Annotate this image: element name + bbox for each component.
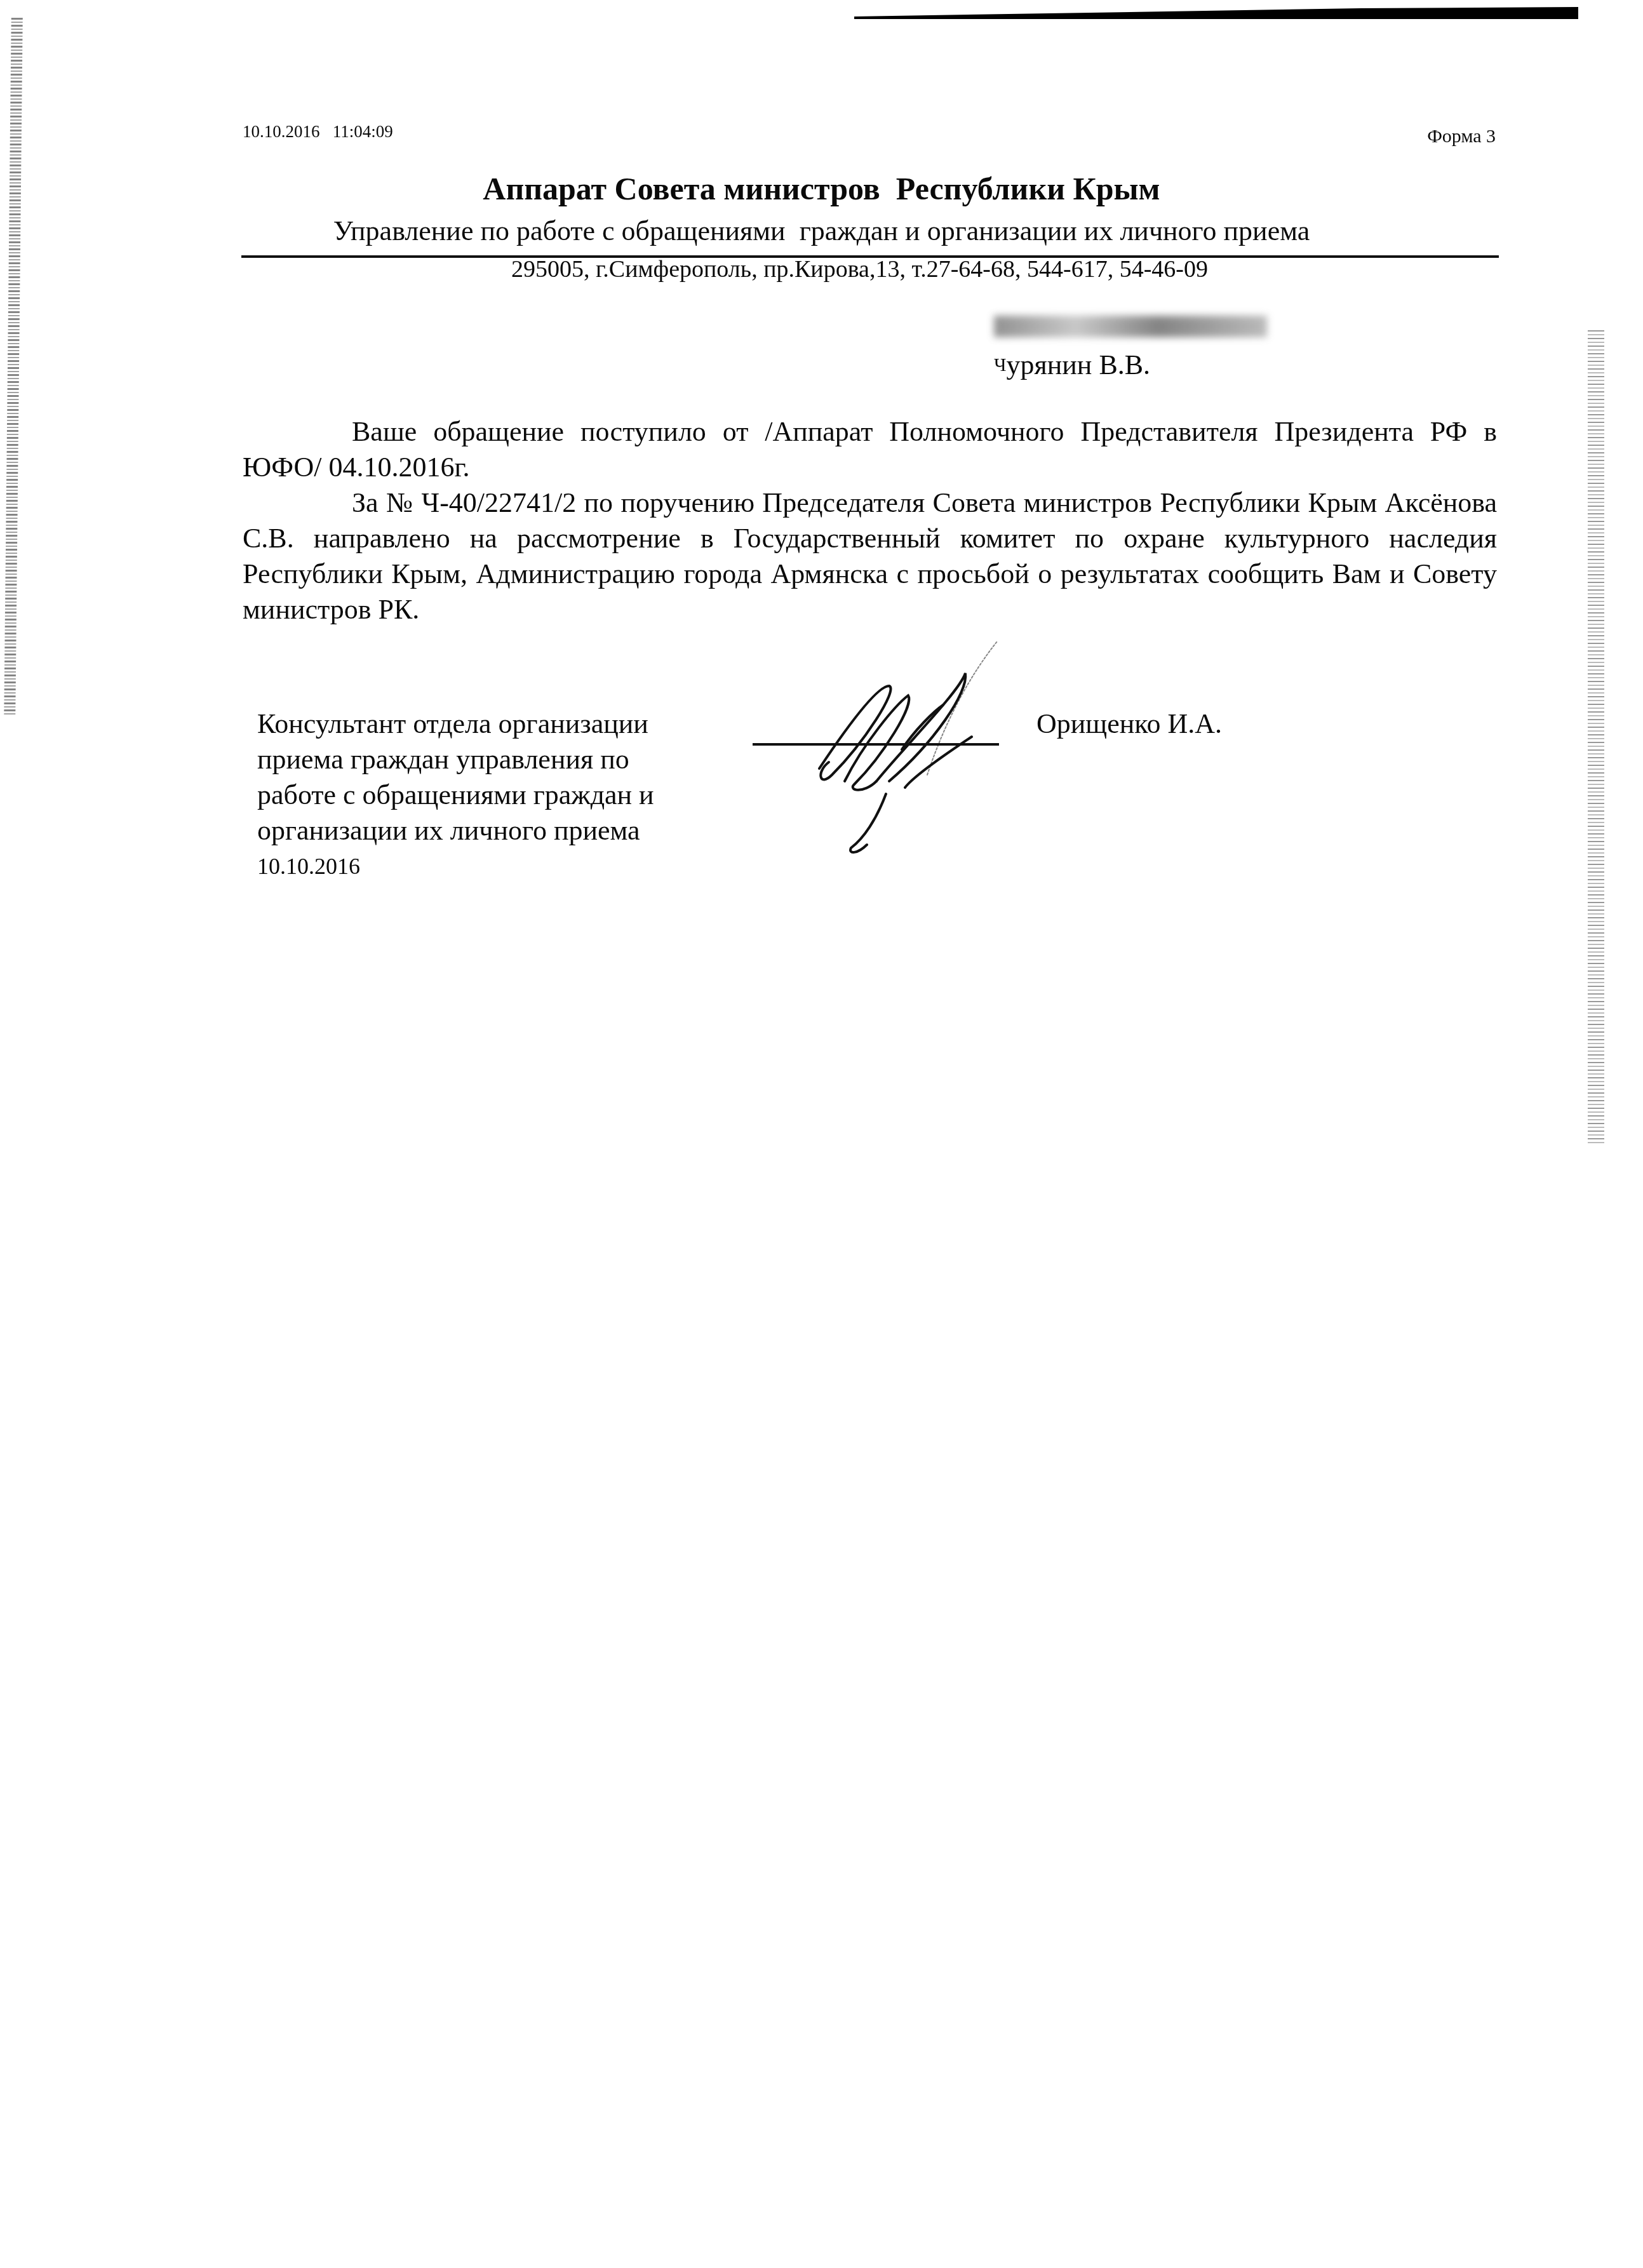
addressee-redacted-line — [994, 310, 1267, 347]
position-line: Консультант отдела организации — [257, 706, 714, 742]
addressee: Чурянин В.В. — [994, 310, 1267, 384]
position-line: организации их личного приема — [257, 813, 714, 849]
addressee-name: Чурянин В.В. — [994, 347, 1267, 384]
organization-address: 295005, г.Симферополь, пр.Кирова,13, т.2… — [0, 255, 1643, 283]
signatory-position: Консультант отдела организации приема гр… — [257, 706, 714, 884]
addressee-initial: Ч — [994, 354, 1007, 375]
position-line: приема граждан управления по — [257, 742, 714, 777]
organization-title: Аппарат Совета министров Республики Крым — [0, 170, 1643, 207]
body-paragraph: Ваше обращение поступило от /Аппарат Пол… — [243, 414, 1497, 485]
department-subtitle: Управление по работе с обращениями гражд… — [0, 215, 1643, 247]
signature-icon — [807, 635, 1023, 864]
body-paragraph: За № Ч-40/22741/2 по поручению Председат… — [243, 485, 1497, 627]
print-datetime: 10.10.2016 11:04:09 — [243, 122, 393, 142]
scan-edge-left — [4, 18, 23, 716]
form-label: Форма 3 — [1427, 126, 1496, 147]
letter-body: Ваше обращение поступило от /Аппарат Пол… — [243, 414, 1497, 627]
scan-edge-right — [1588, 330, 1604, 1143]
signature-date: 10.10.2016 — [257, 849, 714, 884]
redaction-blur — [994, 316, 1267, 337]
addressee-surname: урянин В.В. — [1007, 349, 1151, 380]
scan-edge-top — [854, 6, 1578, 19]
position-line: работе с обращениями граждан и — [257, 777, 714, 813]
signer-name: Орищенко И.А. — [1036, 706, 1222, 742]
